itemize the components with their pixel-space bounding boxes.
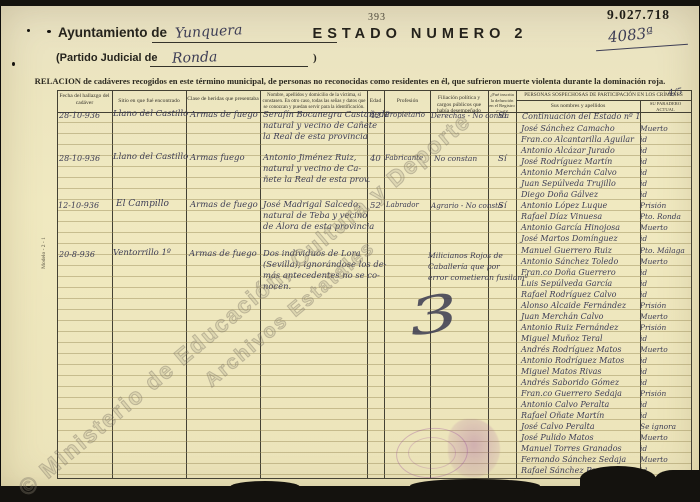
row3-edad: 52 <box>370 201 381 211</box>
row4-fecha: 20-8-936 <box>59 250 95 259</box>
partido-underline <box>150 66 308 67</box>
suspect-row: Antonio Sánchez Toledo Muerto <box>516 257 691 268</box>
suspects-heading: Continuación del Estado nº 1 <box>522 112 640 121</box>
row2-sitio: Llano del Castillo <box>113 152 188 162</box>
row2-profesion: Fabricante <box>385 154 423 162</box>
suspect-row: Antonio García Hinojosa Muerto <box>516 223 691 234</box>
suspect-name: Juan Sepúlveda Trujillo <box>516 179 637 189</box>
suspect-name: José Sánchez Camacho <box>516 124 637 134</box>
suspect-row: Fernando Sánchez Sedaja Muerto <box>516 455 691 466</box>
partido-value: Ronda <box>172 49 218 67</box>
row3-filiacion: Agrario - No consta <box>431 201 502 210</box>
suspect-paradero: id <box>637 367 691 377</box>
suspect-paradero: id <box>637 268 691 278</box>
suspect-paradero: Prisión <box>637 301 691 311</box>
col-header-edad: Edad <box>367 98 384 105</box>
suspects-list: José Sánchez Camacho Muerto Fran.co Alca… <box>516 124 691 478</box>
suspect-name: Antonio Rodríguez Matos <box>516 356 637 366</box>
row1-nombre: Serafín Bocanegra Castañeda natural y ve… <box>263 109 367 142</box>
suspect-paradero: Prisión <box>637 389 691 399</box>
row1-heridas: Armas de fuego <box>190 110 258 120</box>
row2-nombre: Antonio Jiménez Ruiz, natural y vecino d… <box>263 152 367 185</box>
row3-sitio: El Campillo <box>116 199 169 209</box>
torn-edge-bump <box>410 479 540 493</box>
suspect-paradero: Muerto <box>637 455 691 465</box>
suspect-name: Rafael Oñate Martín <box>516 411 637 421</box>
suspect-name: Miguel Muñoz Teral <box>516 334 637 344</box>
suspect-name: Manuel Guerrero Ruiz <box>516 246 637 256</box>
row3-profesion: Labrador <box>386 201 419 209</box>
suspect-name: Fernando Sánchez Sedaja <box>516 455 637 465</box>
suspect-row: Andrés Rodríguez Matos Muerto <box>516 345 691 356</box>
suspect-row: Antonio Alcázar Jurado id <box>516 146 691 157</box>
suspect-name: Alonso Alcaide Fernández <box>516 301 637 311</box>
partido-label: (Partido Judicial de <box>56 52 157 64</box>
suspect-name: Diego Doña Gálvez <box>516 190 637 200</box>
suspect-row: Manuel Torres Granados id <box>516 444 691 455</box>
ink-flourish: 3 <box>404 282 464 348</box>
suspect-name: Andrés Saborido Gómez <box>516 378 637 388</box>
row4-nombre: Dos individuos de Lora (Sevilla); ignorá… <box>263 248 369 292</box>
suspect-paradero: id <box>637 444 691 454</box>
row2-inscrita: Sí <box>498 154 507 164</box>
suspect-name: Antonio Ruiz Fernández <box>516 323 637 333</box>
scanned-document-page: 393 9.027.718 4083ª Ayuntamiento de Yunq… <box>0 0 700 502</box>
stamp-serial-number: 9.027.718 <box>607 7 670 23</box>
suspect-name: Antonio García Hinojosa <box>516 223 637 233</box>
suspect-row: Antonio López Luque Prisión <box>516 201 691 212</box>
suspect-name: Rafael Díaz Vinuesa <box>516 212 637 222</box>
suspect-row: Rafael Rodríguez Calvo id <box>516 290 691 301</box>
suspect-paradero: id <box>637 279 691 289</box>
suspect-name: Antonio Calvo Peralta <box>516 400 637 410</box>
suspect-row: José Martos Domínguez id <box>516 234 691 245</box>
col-header-sitio: Sitio en que fué encontrado <box>113 98 185 105</box>
suspect-row: Rafael Díaz Vinuesa Pto. Ronda <box>516 212 691 223</box>
relation-statement: RELACION de cadáveres recogidos en este … <box>0 76 700 86</box>
col-header-heridas: Clase de heridas que presentaba <box>187 96 259 103</box>
torn-edge-bump <box>230 481 300 493</box>
suspect-paradero: Muerto <box>637 124 691 134</box>
col-header-profesion: Profesión <box>385 98 430 105</box>
suspect-paradero: Prisión <box>637 323 691 333</box>
suspect-paradero: Se ignora <box>637 422 691 432</box>
suspect-paradero: id <box>637 146 691 156</box>
suspect-row: Miguel Matos Rivas id <box>516 367 691 378</box>
row4-filiacion: Milicianos Rojos de Caballería que por e… <box>428 250 508 283</box>
suspect-name: Rafael Rodríguez Calvo <box>516 290 637 300</box>
suspect-row: Andrés Saborido Gómez id <box>516 378 691 389</box>
row2-fecha: 28-10-936 <box>59 154 100 163</box>
margin-model-note: Modelo - 2 - 1 <box>41 223 47 283</box>
suspect-row: Antonio Calvo Peralta id <box>516 400 691 411</box>
scan-speck <box>27 29 30 32</box>
suspect-row: Juan Sepúlveda Trujillo id <box>516 179 691 190</box>
row4-sitio: Ventorrillo 1º <box>113 248 171 258</box>
suspect-paradero: id <box>637 157 691 167</box>
suspect-row: Rafael Oñate Martín id <box>516 411 691 422</box>
row3-inscrita: Sí <box>498 201 507 211</box>
suspect-paradero: Muerto <box>637 223 691 233</box>
suspect-row: Fran.co Guerrero Sedaja Prisión <box>516 389 691 400</box>
suspect-name: José Pulido Matos <box>516 433 637 443</box>
suspect-name: Luis Sepúlveda García <box>516 279 637 289</box>
suspect-row: Diego Doña Gálvez id <box>516 190 691 201</box>
suspect-row: Alonso Alcaide Fernández Prisión <box>516 301 691 312</box>
suspect-paradero: Muerto <box>637 345 691 355</box>
suspect-paradero: id <box>637 290 691 300</box>
suspect-row: José Rodríguez Martín id <box>516 157 691 168</box>
suspect-name: José Martos Domínguez <box>516 234 637 244</box>
ink-stamp-blob-icon <box>448 419 500 477</box>
ayuntamiento-label: Ayuntamiento de <box>58 25 167 40</box>
row1-profesion: Propietario <box>385 111 425 119</box>
suspect-row: Miguel Muñoz Teral id <box>516 334 691 345</box>
ayuntamiento-underline <box>152 42 337 43</box>
suspect-name: Juan Merchán Calvo <box>516 312 637 322</box>
suspect-row: José Sánchez Camacho Muerto <box>516 124 691 135</box>
col-header-sospechosas-grupo: PERSONAS SOSPECHOSAS DE PARTICIPACIÓN EN… <box>517 92 690 98</box>
torn-edge-bump <box>580 466 656 492</box>
suspect-name: Miguel Matos Rivas <box>516 367 637 377</box>
col-header-sospechosas-paradero: SU PARADERO ACTUAL <box>641 101 690 112</box>
header-annotation: 4/5 <box>667 87 683 99</box>
row2-filiacion: No constan <box>434 154 477 163</box>
suspect-paradero: id <box>637 179 691 189</box>
suspect-paradero: id <box>637 190 691 200</box>
suspect-name: Antonio Sánchez Toledo <box>516 257 637 267</box>
suspect-name: Antonio Merchán Calvo <box>516 168 637 178</box>
row2-edad: 40 <box>370 154 381 164</box>
row3-nombre: José Madrigal Salcedo, natural de Teba y… <box>263 199 367 232</box>
suspect-name: Antonio López Luque <box>516 201 637 211</box>
top-scan-edge <box>0 0 700 6</box>
table-top-border <box>57 90 691 91</box>
suspect-paradero: id <box>637 334 691 344</box>
torn-edge-bump <box>655 470 700 502</box>
suspect-row: José Pulido Matos Muerto <box>516 433 691 444</box>
suspect-paradero: Muerto <box>637 257 691 267</box>
col-header-sospechosas-nombres: Sus nombres y apellidos <box>517 103 639 110</box>
row1-edad: 42 <box>370 111 381 121</box>
suspect-name: Fran.co Guerrero Sedaja <box>516 389 637 399</box>
suspect-paradero: Prisión <box>637 201 691 211</box>
suspect-paradero: Pto. Ronda <box>637 212 691 222</box>
suspect-row: Manuel Guerrero Ruiz Pto. Málaga <box>516 246 691 257</box>
row4-heridas: Armas de fuego <box>189 249 257 259</box>
row2-heridas: Armas fuego <box>190 153 245 163</box>
estado-title: ESTADO NUMERO 2 <box>300 26 540 42</box>
row1-fecha: 28-10-936 <box>59 111 100 120</box>
col-header-fecha: Fecha del hallazgo del cadáver <box>58 93 111 106</box>
suspect-paradero: id <box>637 135 691 145</box>
suspect-row: Antonio Rodríguez Matos id <box>516 356 691 367</box>
suspect-row: Antonio Merchán Calvo id <box>516 168 691 179</box>
row1-inscrita: Sí <box>498 111 507 121</box>
table-vline <box>691 90 692 478</box>
suspect-name: José Rodríguez Martín <box>516 157 637 167</box>
suspect-row: Fran.co Doña Guerrero id <box>516 268 691 279</box>
suspect-paradero: Pto. Málaga <box>637 246 691 256</box>
suspect-paradero: id <box>637 356 691 366</box>
suspect-row: José Calvo Peralta Se ignora <box>516 422 691 433</box>
suspect-name: Fran.co Doña Guerrero <box>516 268 637 278</box>
suspect-name: Fran.co Alcantarilla Aguilar <box>516 135 637 145</box>
suspect-row: Luis Sepúlveda García id <box>516 279 691 290</box>
suspect-paradero: Muerto <box>637 433 691 443</box>
row3-heridas: Armas de fuego <box>190 200 258 210</box>
suspect-name: Antonio Alcázar Jurado <box>516 146 637 156</box>
suspect-name: José Calvo Peralta <box>516 422 637 432</box>
suspect-name: Manuel Torres Granados <box>516 444 637 454</box>
suspect-row: Juan Merchán Calvo Muerto <box>516 312 691 323</box>
scan-page-number: 393 <box>368 12 386 23</box>
suspect-paradero: id <box>637 234 691 244</box>
suspect-row: Fran.co Alcantarilla Aguilar id <box>516 135 691 146</box>
suspect-paradero: id <box>637 168 691 178</box>
suspect-paradero: Muerto <box>637 312 691 322</box>
row3-fecha: 12-10-936 <box>58 201 99 210</box>
suspect-name: Andrés Rodríguez Matos <box>516 345 637 355</box>
suspect-paradero: id <box>637 378 691 388</box>
row1-sitio: Llano del Castillo <box>113 109 188 119</box>
suspect-paradero: id <box>637 411 691 421</box>
partido-close-paren: ) <box>313 52 317 64</box>
scan-speck <box>12 62 15 66</box>
suspect-row: Antonio Ruiz Fernández Prisión <box>516 323 691 334</box>
suspect-paradero: id <box>637 400 691 410</box>
scan-speck <box>47 30 51 33</box>
